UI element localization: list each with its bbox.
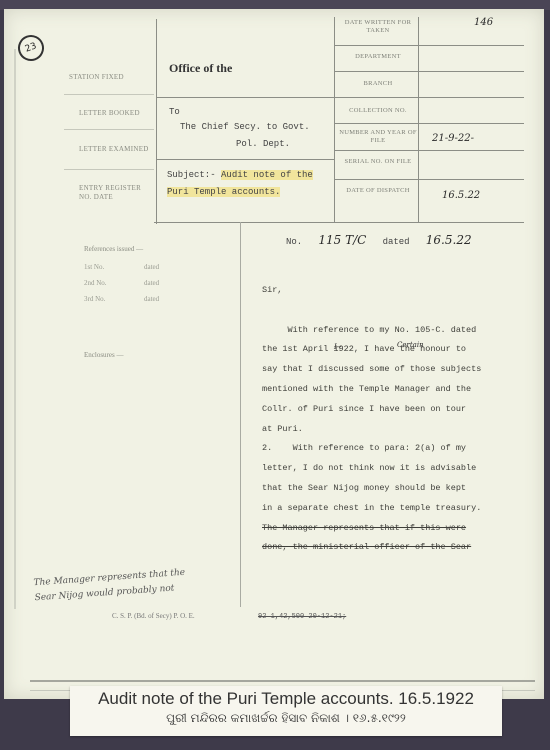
enclosures-label: Enclosures — — [84, 351, 123, 359]
letter-line: 2. With reference to para: 2(a) of my — [262, 439, 547, 459]
letter-number: 115 T/C — [318, 233, 366, 247]
table-label: Collection No. — [338, 107, 418, 115]
letter-line: the 1st April 1922, I have the honour to — [262, 340, 547, 360]
margin-handwritten-note: The Manager represents that the Sear Nij… — [33, 566, 187, 607]
divider — [64, 169, 154, 170]
divider — [64, 94, 154, 95]
addressee-dept: Pol. Dept. — [236, 139, 290, 149]
table-label: Department — [338, 53, 418, 61]
letter-line: Collr. of Puri since I have been on tour — [262, 400, 547, 420]
divider — [334, 45, 524, 46]
page-number: 23 — [24, 41, 38, 54]
table-label: Branch — [338, 80, 418, 88]
divider — [334, 150, 524, 151]
table-label: Date Written For Taken — [338, 19, 418, 35]
document-page: 23 146 Station Fixed Letter Booked Lette… — [4, 9, 544, 699]
divider — [334, 123, 524, 124]
divider — [334, 17, 335, 222]
divider — [240, 222, 241, 607]
divider — [64, 129, 154, 130]
page-number-circle: 23 — [14, 31, 47, 64]
printer-code: 92—1,42,500—20-12-21; — [258, 613, 346, 621]
left-label: Letter Booked — [79, 109, 140, 117]
table-label: Date of Dispatch — [338, 187, 418, 195]
caption-label: Audit note of the Puri Temple accounts. … — [70, 686, 502, 736]
left-label: Entry Register No. Date — [79, 184, 149, 202]
letter-date: 16.5.22 — [426, 233, 472, 247]
reference-row: 2nd No.dated — [84, 279, 107, 287]
letter-line: at Puri. — [262, 420, 547, 440]
margin-line — [14, 49, 16, 609]
letter-body: Sir, With reference to my No. 105-C. dat… — [262, 281, 547, 558]
subject-prefix: Subject:- — [167, 170, 216, 180]
caption-english: Audit note of the Puri Temple accounts. … — [70, 689, 502, 709]
salutation: Sir, — [262, 281, 547, 301]
file-number-value: 21-9-22- — [432, 133, 474, 144]
struck-line: done, the ministerial officer of the Sea… — [262, 538, 547, 558]
letter-line: say that I discussed some of those subje… — [262, 360, 547, 380]
divider — [418, 17, 419, 222]
divider — [334, 97, 524, 98]
divider — [156, 159, 334, 160]
struck-line: The Manager represents that if this were — [262, 519, 547, 539]
top-handwritten-note: 146 — [474, 17, 493, 28]
office-header: Office of the — [169, 61, 232, 76]
subject-highlight: Audit note of the — [221, 170, 313, 180]
caption-odia: ପୁରୀ ମନ୍ଦିରର କମାଖର୍ଚ୍ଚର ହିସାବ ନିକାଶ । ୧୬… — [70, 711, 502, 726]
divider — [154, 222, 524, 223]
addressee: The Chief Secy. to Govt. — [180, 122, 310, 132]
left-label: Station Fixed — [69, 73, 124, 81]
letter-line: that the Sear Nijog money should be kept — [262, 479, 547, 499]
table-label: Number and Year of File — [338, 129, 418, 145]
left-label: Letter Examined — [79, 145, 149, 153]
letter-line: letter, I do not think now it is advisab… — [262, 459, 547, 479]
letter-line: in a separate chest in the temple treasu… — [262, 499, 547, 519]
references-heading: References issued — — [84, 245, 143, 253]
printer-imprint: C. S. P. (Bd. of Secy) P. O. E. — [112, 612, 195, 620]
reference-row: 1st No.dated — [84, 263, 104, 271]
divider — [334, 179, 524, 180]
letter-number-line: No. 115 T/C dated 16.5.22 — [286, 233, 472, 247]
dispatch-date-value: 16.5.22 — [442, 190, 480, 201]
table-label: Serial No. on File — [338, 158, 418, 166]
reference-row: 3rd No.dated — [84, 295, 105, 303]
divider — [156, 19, 157, 224]
subject-highlight: Puri Temple accounts. — [167, 187, 280, 197]
divider — [334, 71, 524, 72]
divider — [156, 97, 334, 98]
subject: Subject:- Audit note of the Puri Temple … — [167, 167, 313, 201]
to-label: To — [169, 107, 180, 117]
letter-line: mentioned with the Temple Manager and th… — [262, 380, 547, 400]
letter-line: With reference to my No. 105-C. dated — [262, 321, 547, 341]
